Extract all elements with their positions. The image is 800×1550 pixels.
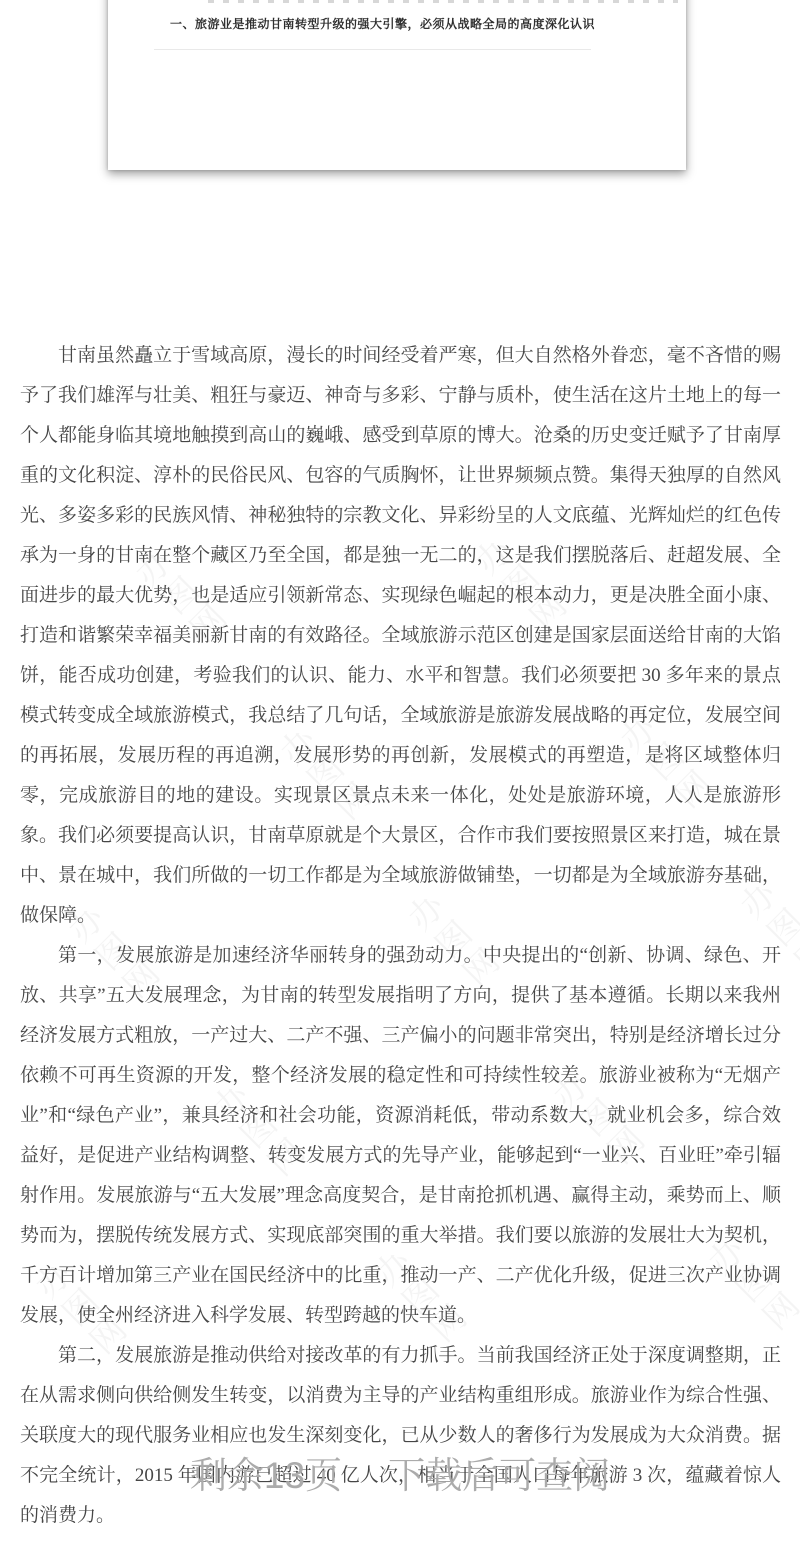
document-page-preview-card: 一、旅游业是推动甘南转型升级的强大引擎，必须从战略全局的高度深化认识 xyxy=(108,0,686,170)
paragraph: 第一，发展旅游是加速经济华丽转身的强劲动力。中央提出的“创新、协调、绿色、开放、… xyxy=(20,936,781,1336)
heading-divider-line xyxy=(154,49,591,50)
document-text-body: 甘南虽然矗立于雪域高原，漫长的时间经受着严寒，但大自然格外眷恋，毫不吝惜的赐予了… xyxy=(20,336,781,1536)
clipped-text-remnant xyxy=(208,0,678,3)
remaining-pages-count: 剩余13页 xyxy=(190,1455,342,1496)
download-to-view-text: 下载后可查阅 xyxy=(388,1455,610,1496)
section-heading: 一、旅游业是推动甘南转型升级的强大引擎，必须从战略全局的高度深化认识 xyxy=(170,15,650,32)
remaining-pages-notice: 剩余13页下载后可查阅 xyxy=(0,1445,800,1499)
paragraph: 第二，发展旅游是推动供给对接改革的有力抓手。当前我国经济正处于深度调整期，正在从… xyxy=(20,1336,781,1536)
paragraph: 甘南虽然矗立于雪域高原，漫长的时间经受着严寒，但大自然格外眷恋，毫不吝惜的赐予了… xyxy=(20,336,781,936)
